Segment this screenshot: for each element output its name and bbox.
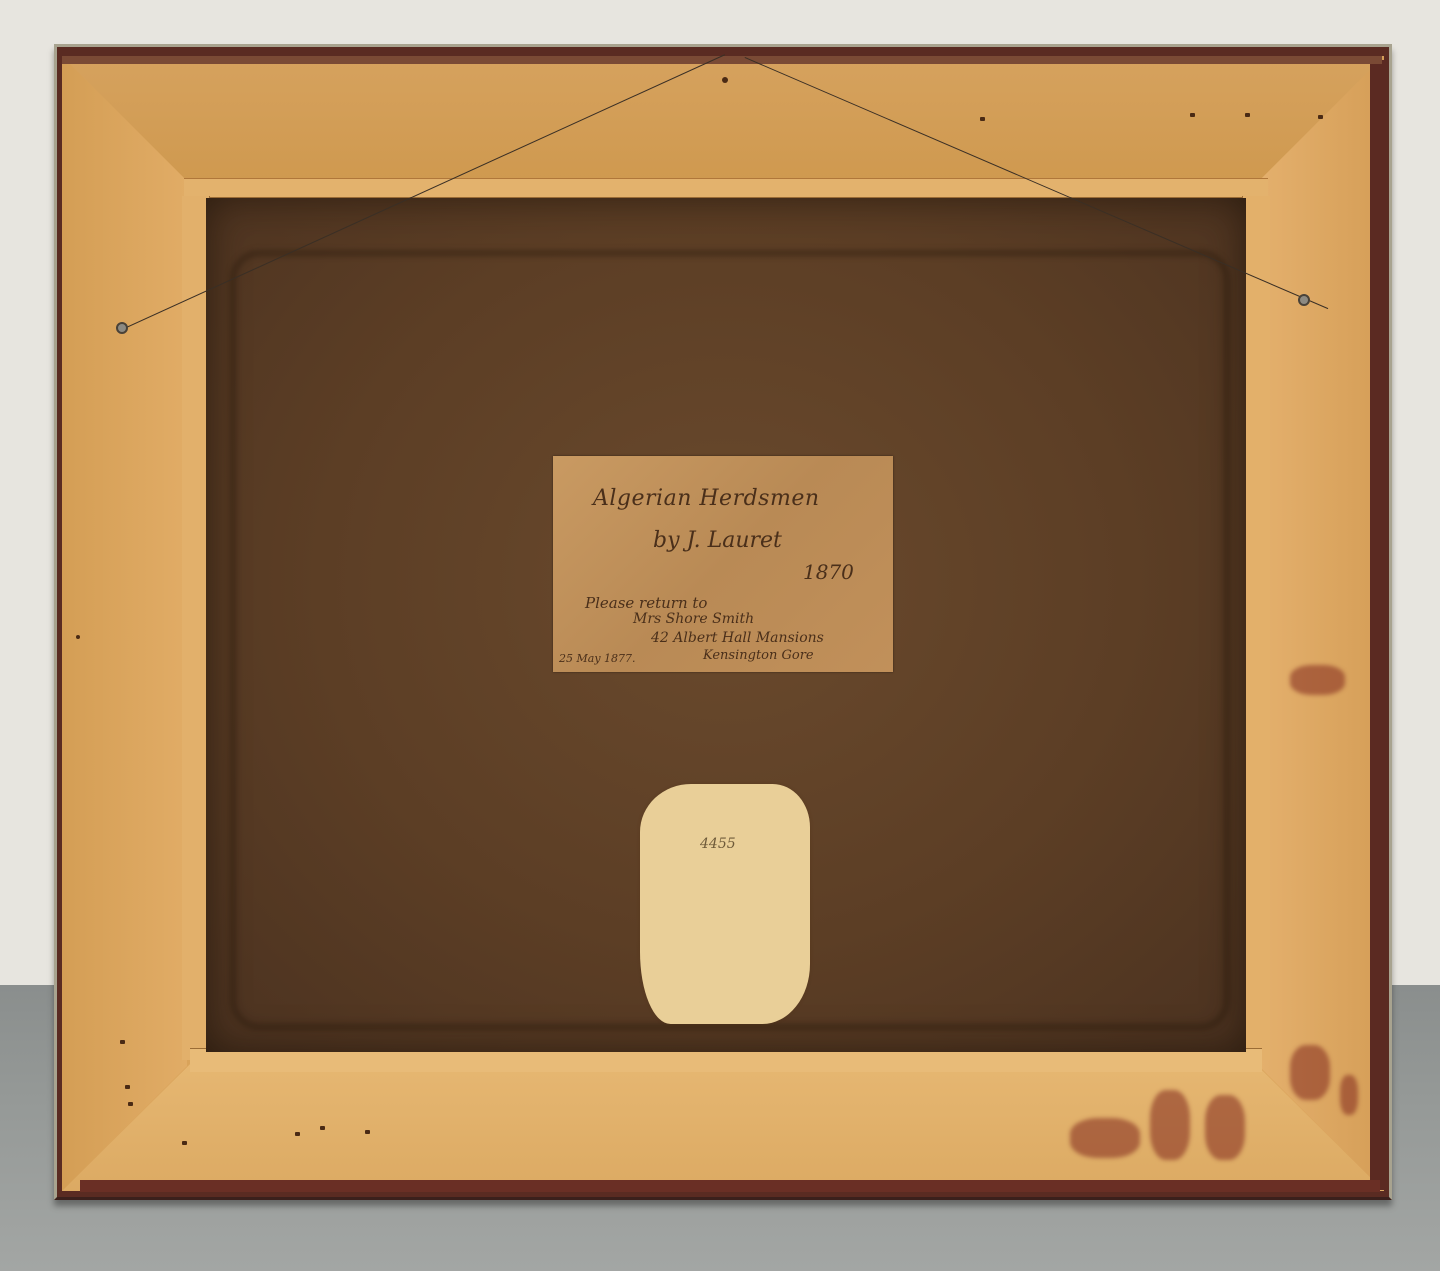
worm-hole — [1190, 113, 1195, 117]
red-stain — [1205, 1095, 1245, 1160]
stretcher-right — [1242, 196, 1270, 1060]
screw-eye-left — [116, 322, 128, 334]
scrap-inventory-number: 4455 — [700, 836, 736, 852]
worm-hole — [980, 117, 985, 121]
red-stain — [1150, 1090, 1190, 1160]
frame-top-edge — [62, 56, 1382, 64]
worm-hole — [76, 635, 80, 639]
label-artist: by J. Lauret — [653, 528, 782, 553]
frame-right-edge — [1370, 60, 1386, 1190]
torn-paper-scrap: 4455 — [640, 784, 810, 1024]
frame-bottom-edge — [80, 1180, 1380, 1192]
red-stain — [1290, 665, 1345, 695]
worm-hole — [128, 1102, 133, 1106]
frame-right-rail — [1259, 56, 1384, 1191]
worm-hole — [295, 1132, 300, 1136]
provenance-label: Algerian Herdsmen by J. Lauret 1870 Plea… — [553, 456, 893, 672]
label-return-line: Please return to — [585, 594, 707, 612]
label-area: Kensington Gore — [703, 648, 814, 663]
stretcher-top — [184, 178, 1268, 198]
label-title: Algerian Herdsmen — [593, 486, 820, 511]
red-stain — [1070, 1118, 1140, 1158]
screw-eye-right — [1298, 294, 1310, 306]
worm-hole — [125, 1085, 130, 1089]
label-address: 42 Albert Hall Mansions — [651, 630, 824, 646]
worm-hole — [120, 1040, 125, 1044]
worm-hole — [1245, 113, 1250, 117]
worm-hole — [182, 1141, 187, 1145]
red-stain — [1340, 1075, 1358, 1115]
worm-hole — [1318, 115, 1323, 119]
label-owner-name: Mrs Shore Smith — [633, 611, 754, 627]
worm-hole — [365, 1130, 370, 1134]
frame-left-rail — [62, 56, 187, 1191]
label-year: 1870 — [803, 560, 854, 584]
nail-hole — [722, 77, 728, 83]
frame-top-rail — [62, 56, 1384, 182]
label-date: 25 May 1877. — [559, 652, 636, 665]
red-stain — [1290, 1045, 1330, 1100]
worm-hole — [320, 1126, 325, 1130]
